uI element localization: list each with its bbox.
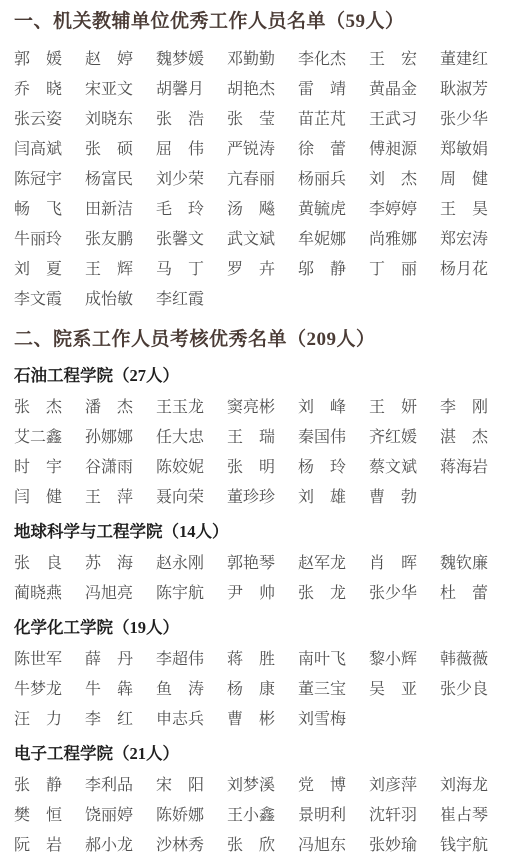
person-name: 谷潇雨	[85, 458, 156, 478]
petroleum-engineering-name-grid: 张 杰潘 杰王玉龙窦亮彬刘 峰王 妍李 刚艾二鑫孙娜娜任大忠王 瑞秦国伟齐红媛湛…	[14, 398, 511, 508]
person-name: 尹 帅	[227, 584, 298, 604]
person-name: 汤 飚	[227, 200, 298, 220]
person-name: 王 瑞	[227, 428, 298, 448]
person-name: 李 刚	[440, 398, 511, 418]
person-name: 董三宝	[298, 680, 369, 700]
person-name: 沙林秀	[156, 836, 227, 856]
person-name: 孙娜娜	[85, 428, 156, 448]
person-name: 沈轩羽	[369, 806, 440, 826]
person-name: 张馨文	[156, 230, 227, 250]
person-name: 武文斌	[227, 230, 298, 250]
person-name: 齐红媛	[369, 428, 440, 448]
person-name: 汪 力	[14, 710, 85, 730]
person-name: 湛 杰	[440, 428, 511, 448]
person-name: 胡馨月	[156, 80, 227, 100]
person-name: 张 明	[227, 458, 298, 478]
person-name: 樊 恒	[14, 806, 85, 826]
group-heading-electronic-engineering: 电子工程学院（21人）	[14, 744, 511, 764]
person-name: 党 博	[298, 776, 369, 796]
person-name: 郭 媛	[14, 50, 85, 70]
person-name: 张 浩	[156, 110, 227, 130]
person-name: 张 硕	[85, 140, 156, 160]
person-name: 牛梦龙	[14, 680, 85, 700]
person-name: 刘 杰	[369, 170, 440, 190]
person-name: 宋 阳	[156, 776, 227, 796]
earth-science-name-grid: 张 良苏 海赵永刚郭艳琴赵军龙肖 晖魏钦廉蔺晓燕冯旭亮陈宇航尹 帅张 龙张少华杜…	[14, 554, 511, 604]
person-name: 申志兵	[156, 710, 227, 730]
group-heading-petroleum-engineering: 石油工程学院（27人）	[14, 366, 511, 386]
person-name: 刘彦萍	[369, 776, 440, 796]
person-name: 杨 玲	[298, 458, 369, 478]
section-1-title: 一、机关教辅单位优秀工作人员名单（59人）	[14, 10, 511, 34]
person-name: 李 红	[85, 710, 156, 730]
person-name: 刘晓东	[85, 110, 156, 130]
person-name: 肖 晖	[369, 554, 440, 574]
document: 一、机关教辅单位优秀工作人员名单（59人） 郭 媛赵 婷魏梦媛邓勤勤李化杰王 宏…	[0, 0, 525, 856]
person-name: 张妙瑜	[369, 836, 440, 856]
person-name: 严锐涛	[227, 140, 298, 160]
person-name: 窦亮彬	[227, 398, 298, 418]
person-name: 张 静	[14, 776, 85, 796]
electronic-engineering-name-grid: 张 静李利品宋 阳刘梦溪党 博刘彦萍刘海龙樊 恒饶丽婷陈娇娜王小鑫景明利沈轩羽崔…	[14, 776, 511, 856]
person-name: 傅昶源	[369, 140, 440, 160]
person-name: 饶丽婷	[85, 806, 156, 826]
person-name: 刘雪梅	[298, 710, 369, 730]
person-name: 韩薇薇	[440, 650, 511, 670]
person-name: 赵军龙	[298, 554, 369, 574]
person-name: 张 欣	[227, 836, 298, 856]
person-name: 周 健	[440, 170, 511, 190]
person-name: 陈宇航	[156, 584, 227, 604]
person-name: 胡艳杰	[227, 80, 298, 100]
person-name: 陈冠宇	[14, 170, 85, 190]
person-name: 张少华	[369, 584, 440, 604]
person-name: 成怡敏	[85, 290, 156, 310]
person-name: 邓勤勤	[227, 50, 298, 70]
person-name: 冯旭亮	[85, 584, 156, 604]
person-name: 陈世军	[14, 650, 85, 670]
person-name: 赵 婷	[85, 50, 156, 70]
person-name: 冯旭东	[298, 836, 369, 856]
person-name: 雷 靖	[298, 80, 369, 100]
person-name: 王 妍	[369, 398, 440, 418]
person-name: 罗 卉	[227, 260, 298, 280]
person-name: 蔺晓燕	[14, 584, 85, 604]
person-name: 张 杰	[14, 398, 85, 418]
person-name: 聂向荣	[156, 488, 227, 508]
person-name: 魏钦廉	[440, 554, 511, 574]
person-name: 毛 玲	[156, 200, 227, 220]
person-name: 杨丽兵	[298, 170, 369, 190]
person-name: 黄晶金	[369, 80, 440, 100]
person-name: 王 宏	[369, 50, 440, 70]
person-name: 苏 海	[85, 554, 156, 574]
person-name: 刘 夏	[14, 260, 85, 280]
person-name: 刘少荣	[156, 170, 227, 190]
person-name: 刘 雄	[298, 488, 369, 508]
person-name: 马 丁	[156, 260, 227, 280]
person-name: 李利品	[85, 776, 156, 796]
person-name: 陈娇娜	[156, 806, 227, 826]
person-name: 田新洁	[85, 200, 156, 220]
group-heading-chemistry: 化学化工学院（19人）	[14, 618, 511, 638]
person-name: 牟妮娜	[298, 230, 369, 250]
person-name: 王武习	[369, 110, 440, 130]
person-name: 杨月花	[440, 260, 511, 280]
person-name: 屈 伟	[156, 140, 227, 160]
person-name: 闫 健	[14, 488, 85, 508]
person-name: 郭艳琴	[227, 554, 298, 574]
person-name: 王 萍	[85, 488, 156, 508]
person-name: 李超伟	[156, 650, 227, 670]
person-name: 丁 丽	[369, 260, 440, 280]
person-name: 郑敏娟	[440, 140, 511, 160]
person-name: 张少华	[440, 110, 511, 130]
person-name: 王 昊	[440, 200, 511, 220]
person-name: 耿淑芳	[440, 80, 511, 100]
person-name: 崔占琴	[440, 806, 511, 826]
person-name: 黎小辉	[369, 650, 440, 670]
person-name: 秦国伟	[298, 428, 369, 448]
person-name: 张少良	[440, 680, 511, 700]
person-name: 魏梦媛	[156, 50, 227, 70]
person-name: 阮 岩	[14, 836, 85, 856]
person-name: 李文霞	[14, 290, 85, 310]
person-name: 李婷婷	[369, 200, 440, 220]
section-2-title: 二、院系工作人员考核优秀名单（209人）	[14, 328, 511, 352]
person-name: 陈姣妮	[156, 458, 227, 478]
person-name: 宋亚文	[85, 80, 156, 100]
person-name: 张友鹏	[85, 230, 156, 250]
person-name: 曹 勃	[369, 488, 440, 508]
person-name: 亢春丽	[227, 170, 298, 190]
person-name: 苗芷芃	[298, 110, 369, 130]
person-name: 董珍珍	[227, 488, 298, 508]
person-name: 闫高斌	[14, 140, 85, 160]
person-name: 刘海龙	[440, 776, 511, 796]
chemistry-name-grid: 陈世军薛 丹李超伟蒋 胜南叶飞黎小辉韩薇薇牛梦龙牛 犇鱼 涛杨 康董三宝吴 亚张…	[14, 650, 511, 730]
person-name: 刘 峰	[298, 398, 369, 418]
person-name: 赵永刚	[156, 554, 227, 574]
person-name: 王小鑫	[227, 806, 298, 826]
person-name: 郑宏涛	[440, 230, 511, 250]
person-name: 曹 彬	[227, 710, 298, 730]
person-name: 徐 蕾	[298, 140, 369, 160]
person-name: 蒋 胜	[227, 650, 298, 670]
person-name: 王玉龙	[156, 398, 227, 418]
person-name: 潘 杰	[85, 398, 156, 418]
person-name: 张 龙	[298, 584, 369, 604]
person-name: 杨 康	[227, 680, 298, 700]
person-name: 尚雅娜	[369, 230, 440, 250]
person-name: 牛丽玲	[14, 230, 85, 250]
person-name: 郝小龙	[85, 836, 156, 856]
person-name: 张 莹	[227, 110, 298, 130]
person-name: 时 宇	[14, 458, 85, 478]
person-name: 鱼 涛	[156, 680, 227, 700]
person-name: 畅 飞	[14, 200, 85, 220]
person-name: 董建红	[440, 50, 511, 70]
person-name: 蒋海岩	[440, 458, 511, 478]
person-name: 杜 蕾	[440, 584, 511, 604]
person-name: 钱宇航	[440, 836, 511, 856]
person-name: 刘梦溪	[227, 776, 298, 796]
person-name: 张 良	[14, 554, 85, 574]
person-name: 乔 晓	[14, 80, 85, 100]
person-name: 薛 丹	[85, 650, 156, 670]
person-name: 艾二鑫	[14, 428, 85, 448]
person-name: 李化杰	[298, 50, 369, 70]
person-name: 王 辉	[85, 260, 156, 280]
person-name: 黄毓虎	[298, 200, 369, 220]
group-heading-earth-science: 地球科学与工程学院（14人）	[14, 522, 511, 542]
person-name: 邬 静	[298, 260, 369, 280]
person-name: 南叶飞	[298, 650, 369, 670]
person-name: 景明利	[298, 806, 369, 826]
person-name: 任大忠	[156, 428, 227, 448]
person-name: 蔡文斌	[369, 458, 440, 478]
person-name: 牛 犇	[85, 680, 156, 700]
person-name: 吴 亚	[369, 680, 440, 700]
section-1-name-grid: 郭 媛赵 婷魏梦媛邓勤勤李化杰王 宏董建红乔 晓宋亚文胡馨月胡艳杰雷 靖黄晶金耿…	[14, 50, 511, 310]
person-name: 李红霞	[156, 290, 227, 310]
person-name: 张云姿	[14, 110, 85, 130]
person-name: 杨富民	[85, 170, 156, 190]
